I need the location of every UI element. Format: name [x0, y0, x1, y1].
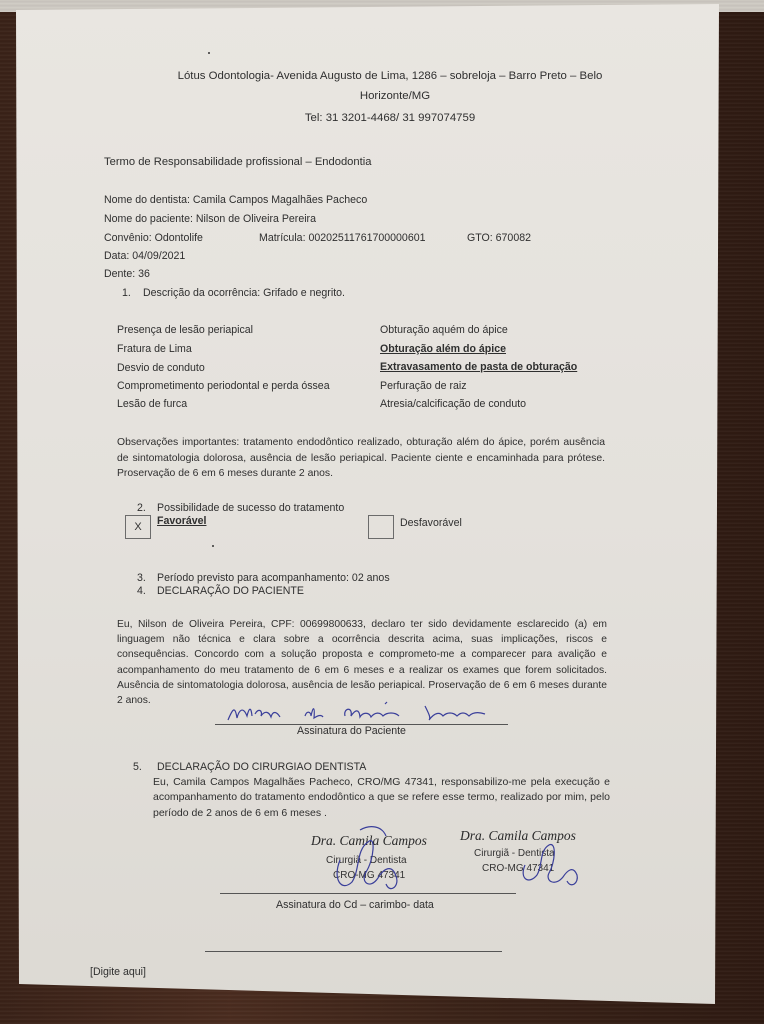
section5-heading: DECLARAÇÃO DO CIRURGIAO DENTISTA	[157, 761, 366, 773]
dentist-signature-line	[220, 893, 516, 894]
section3-number: 3.	[137, 572, 146, 584]
occurrence-item: Presença de lesão periapical	[117, 324, 253, 336]
dentist-signature	[515, 835, 585, 895]
favorable-label: Favorável	[157, 515, 206, 527]
occurrence-item: Atresia/calcificação de conduto	[380, 398, 526, 410]
clinic-address-line1: Lótus Odontologia- Avenida Augusto de Li…	[150, 70, 630, 82]
favorable-checkbox[interactable]: X	[125, 515, 151, 539]
occurrence-item-selected: Obturação além do ápice	[380, 343, 506, 355]
clinic-phone: Tel: 31 3201-4468/ 31 997074759	[150, 112, 630, 124]
ink-speck	[208, 52, 210, 54]
section4-number: 4.	[137, 585, 146, 597]
section1-number: 1.	[122, 287, 131, 299]
registration-number: Matrícula: 00202511761700000601	[259, 232, 426, 244]
document-title: Termo de Responsabilidade profissional –…	[104, 156, 371, 168]
dentist-declaration-text: Eu, Camila Campos Magalhães Pacheco, CRO…	[153, 775, 610, 821]
unfavorable-label: Desfavorável	[400, 517, 462, 529]
ink-speck	[212, 545, 214, 547]
section4-heading: DECLARAÇÃO DO PACIENTE	[157, 585, 304, 597]
date: Data: 04/09/2021	[104, 250, 185, 262]
unfavorable-checkbox[interactable]	[368, 515, 394, 539]
observations-text: Observações importantes: tratamento endo…	[117, 435, 605, 482]
patient-name: Nome do paciente: Nilson de Oliveira Per…	[104, 213, 316, 225]
occurrence-item: Lesão de furca	[117, 398, 187, 410]
occurrence-item: Comprometimento periodontal e perda ósse…	[117, 380, 330, 392]
patient-signature	[225, 700, 495, 726]
section2-number: 2.	[137, 502, 146, 514]
patient-signature-label: Assinatura do Paciente	[297, 725, 406, 737]
occurrence-item: Perfuração de raiz	[380, 380, 467, 392]
dentist-name: Nome do dentista: Camila Campos Magalhãe…	[104, 194, 367, 206]
occurrence-item: Desvio de conduto	[117, 362, 205, 374]
section1-label: Descrição da ocorrência: Grifado e negri…	[143, 287, 345, 299]
patient-declaration-text: Eu, Nilson de Oliveira Pereira, CPF: 006…	[117, 617, 607, 708]
dentist-signature	[330, 820, 410, 900]
tooth-number: Dente: 36	[104, 268, 150, 280]
section2-label: Possibilidade de sucesso do tratamento	[157, 502, 344, 514]
occurrence-item: Obturação aquém do ápice	[380, 324, 508, 336]
occurrence-item-selected: Extravasamento de pasta de obturação	[380, 361, 577, 373]
dentist-signature-label: Assinatura do Cd – carimbo- data	[276, 899, 434, 911]
section5-number: 5.	[133, 761, 142, 773]
occurrence-item: Fratura de Lima	[117, 343, 192, 355]
gto-number: GTO: 670082	[467, 232, 531, 244]
footer-placeholder: [Digite aqui]	[90, 966, 146, 978]
follow-up-period: Período previsto para acompanhamento: 02…	[157, 572, 390, 584]
blank-line	[205, 951, 502, 952]
clinic-address-line2: Horizonte/MG	[150, 90, 640, 102]
insurance: Convênio: Odontolife	[104, 232, 203, 244]
